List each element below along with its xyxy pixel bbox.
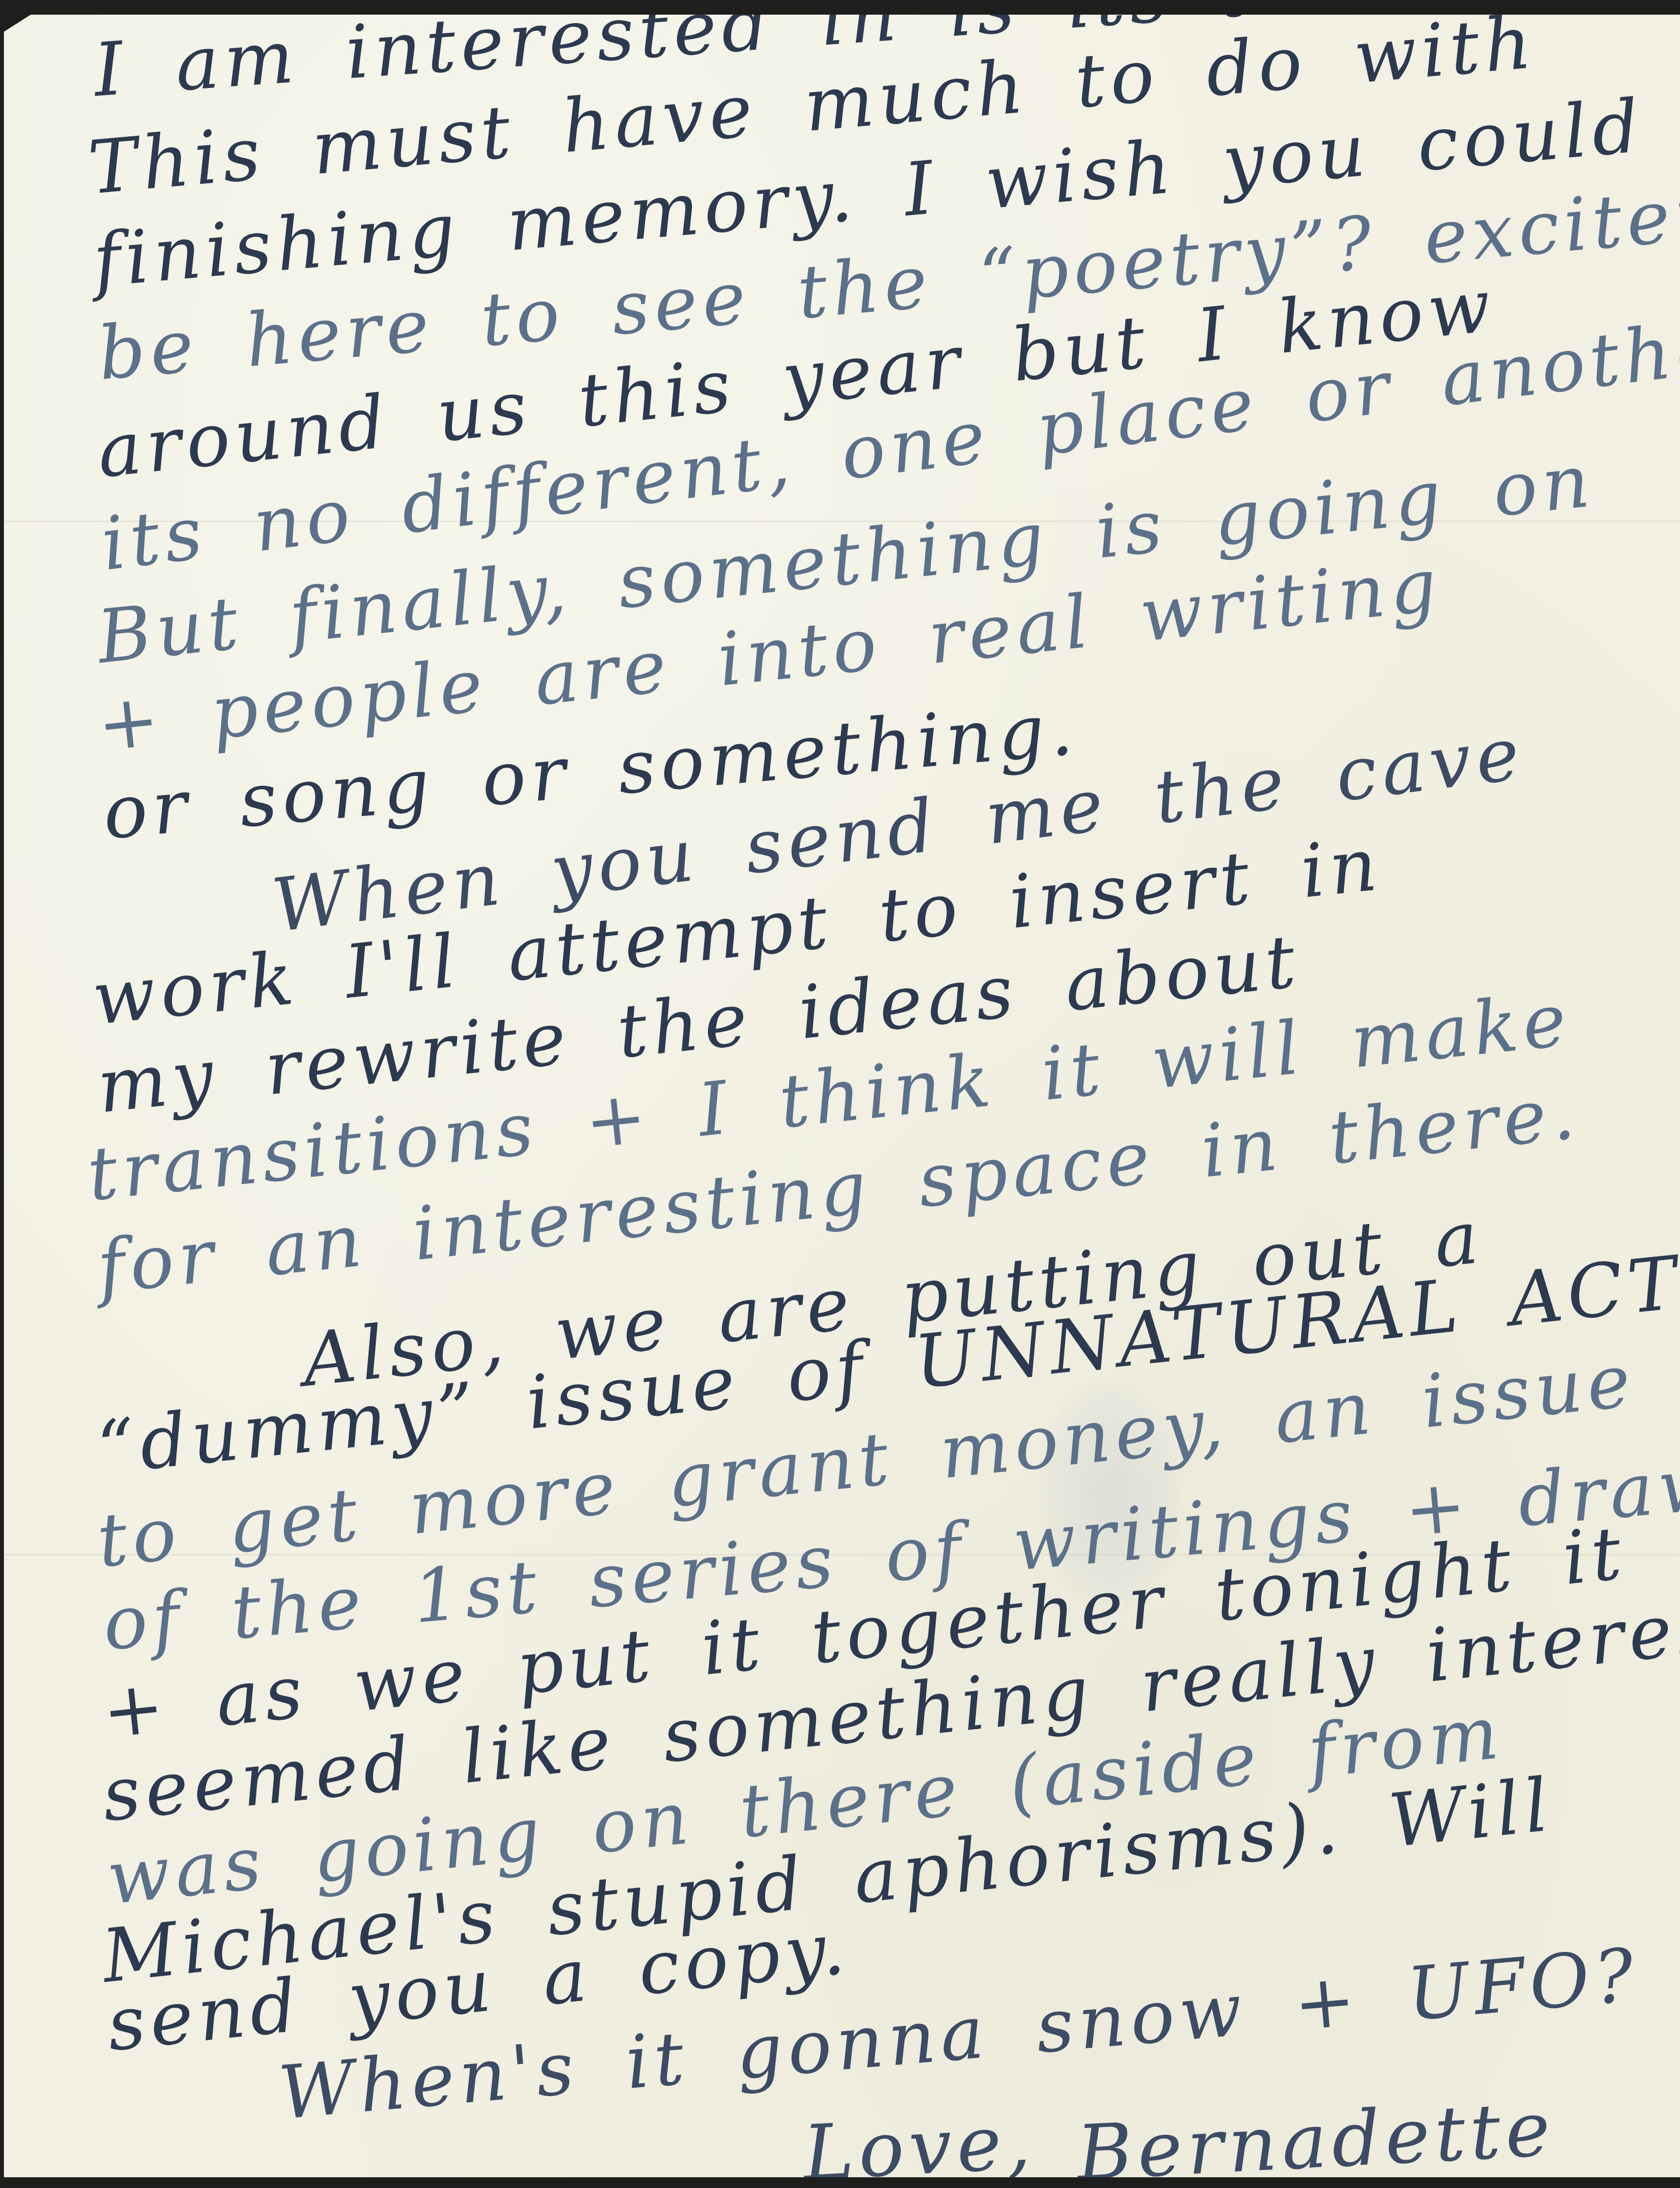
signature: Bernadette [1075,2091,1557,2188]
closing: Love, [801,2103,1037,2188]
letter-page: I am interested in is its transitions. T… [4,15,1680,2177]
